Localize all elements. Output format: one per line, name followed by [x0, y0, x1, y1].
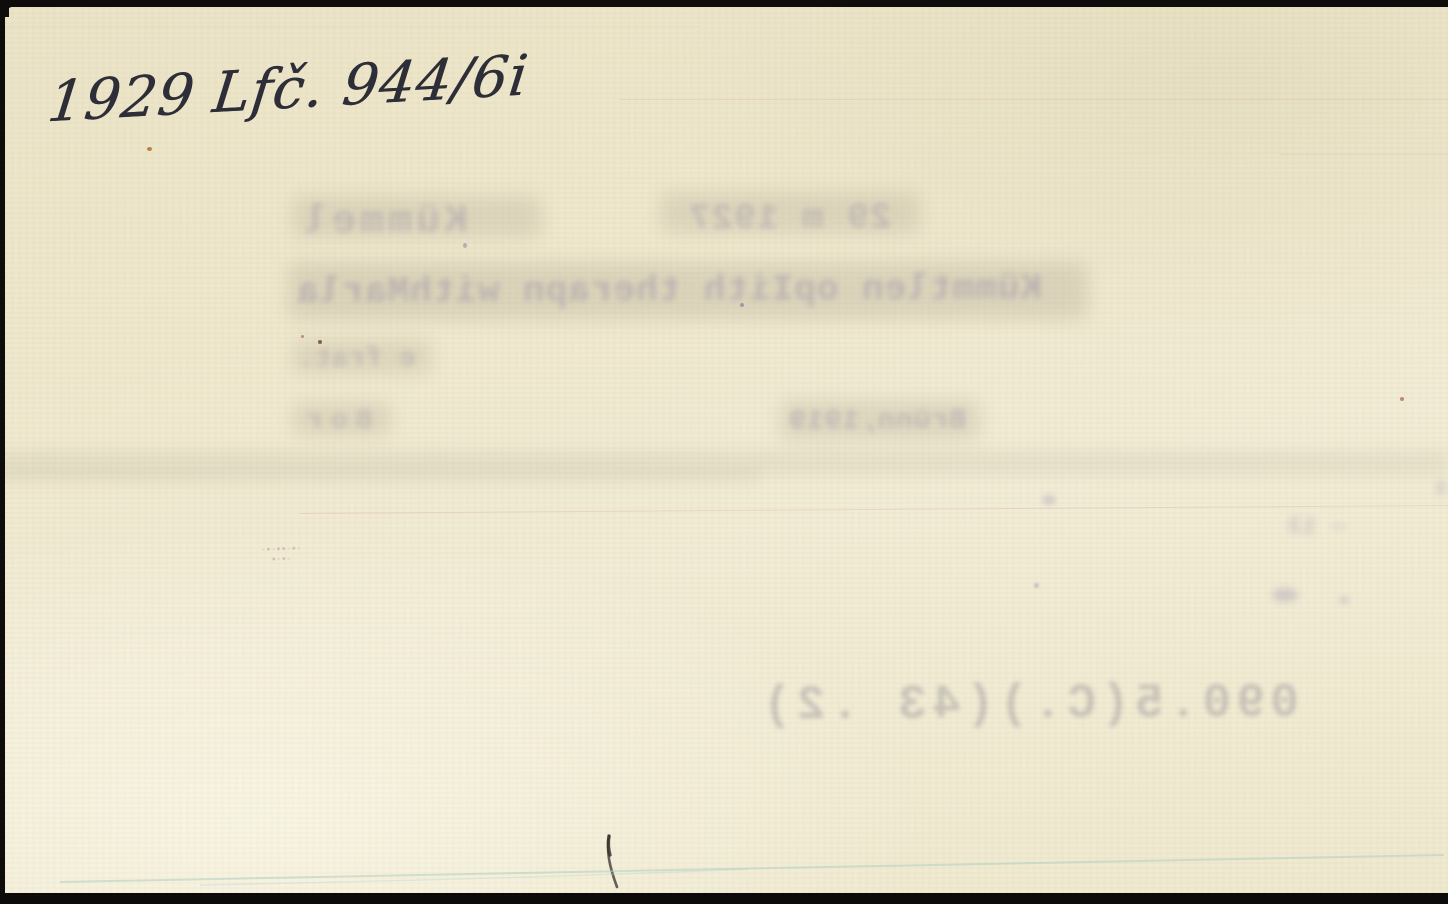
ghost-text-line3: e frat.: [298, 344, 416, 376]
scan-line-pink: [1280, 154, 1448, 155]
paper-speck: [1400, 397, 1404, 401]
paper-smudge: [1338, 596, 1350, 604]
paper-smudge: [1272, 588, 1298, 602]
ghost-text-line1-left: Kümmel: [300, 200, 468, 246]
stamp-fragment: ·•·••·•· •·•·: [262, 543, 303, 564]
ghost-right-margin-mark: — 13: [1288, 514, 1346, 541]
paper-speck: [147, 147, 152, 151]
ghost-text-line4-left: Bor: [298, 406, 373, 437]
paper-smudge: [1436, 480, 1446, 496]
stamp-fragment-line2: •·•·: [272, 553, 303, 564]
paper-speck: [463, 243, 467, 248]
paper-smudge: [1042, 495, 1056, 505]
paper-speck: [301, 335, 304, 338]
scanner-edge-bottom: [0, 893, 1448, 904]
scanner-edge-notch: [0, 0, 9, 17]
paper-speck: [1034, 583, 1039, 588]
scan-shadow-band: [0, 468, 760, 484]
ghost-call-number-mirrored: 090.5(C.)(43 .2): [758, 677, 1299, 734]
scanner-edge-top: [0, 0, 1448, 7]
scan-line-pink: [0, 26, 700, 27]
scanner-edge-left: [0, 0, 5, 904]
ghost-text-line4-right: Brünn,1919: [788, 406, 966, 438]
paper-speck: [740, 303, 744, 307]
scan-line-pink: [620, 99, 1448, 100]
ghost-text-line1-right: 29 m 1927: [688, 197, 892, 239]
paper-speck: [318, 340, 322, 344]
ghost-text-line2: Kümmtlen opIith therapn withMarla: [296, 268, 1042, 313]
scanned-card-image: 1929 Lfč. 944/6i Kümmel 29 m 1927 Kümmtl…: [0, 0, 1448, 904]
